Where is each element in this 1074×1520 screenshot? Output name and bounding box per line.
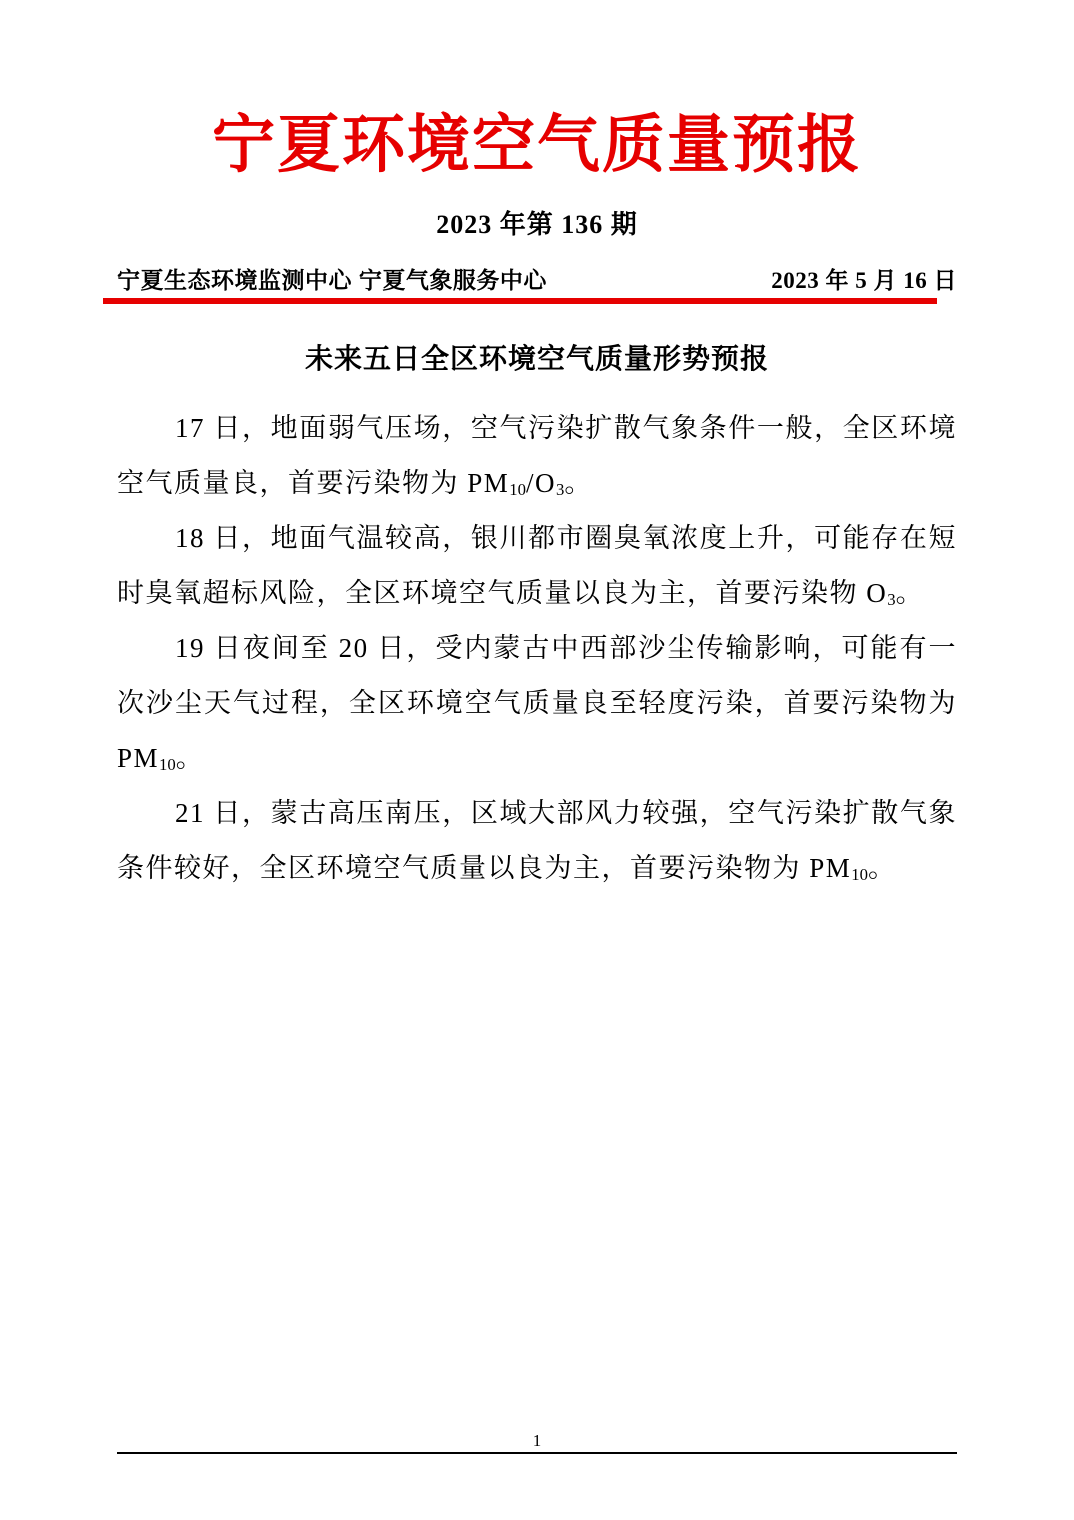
page-number: 1 bbox=[0, 1430, 1074, 1452]
paragraph-day-19-20: 19 日夜间至 20 日，受内蒙古中西部沙尘传输影响，可能有一次沙尘天气过程，全… bbox=[117, 621, 957, 786]
document-content: 宁夏环境空气质量预报 2023 年第 136 期 宁夏生态环境监测中心 宁夏气象… bbox=[0, 0, 1074, 896]
forecast-body: 17 日，地面弱气压场，空气污染扩散气象条件一般，全区环境空气质量良，首要污染物… bbox=[117, 401, 957, 896]
section-heading: 未来五日全区环境空气质量形势预报 bbox=[117, 337, 957, 377]
pollutant-subscript: 10 bbox=[509, 480, 526, 499]
paragraph-day-17: 17 日，地面弱气压场，空气污染扩散气象条件一般，全区环境空气质量良，首要污染物… bbox=[117, 401, 957, 511]
paragraph-text: 。 bbox=[176, 743, 205, 773]
pollutant-subscript: 10 bbox=[851, 865, 868, 884]
paragraph-text: 。 bbox=[868, 853, 897, 883]
pollutant-subscript: 10 bbox=[159, 755, 176, 774]
paragraph-text: 19 日夜间至 20 日，受内蒙古中西部沙尘传输影响，可能有一次沙尘天气过程，全… bbox=[117, 633, 957, 773]
paragraph-text: 21 日，蒙古高压南压，区域大部风力较强，空气污染扩散气象条件较好，全区环境空气… bbox=[117, 798, 957, 883]
issue-number: 2023 年第 136 期 bbox=[117, 204, 957, 241]
paragraph-day-18: 18 日，地面气温较高，银川都市圈臭氧浓度上升，可能存在短时臭氧超标风险，全区环… bbox=[117, 511, 957, 621]
masthead-row: 宁夏生态环境监测中心 宁夏气象服务中心 2023 年 5 月 16 日 bbox=[117, 265, 957, 296]
issuing-agencies: 宁夏生态环境监测中心 宁夏气象服务中心 bbox=[117, 265, 547, 295]
paragraph-text: 。 bbox=[564, 468, 593, 498]
footer-rule bbox=[117, 1452, 957, 1454]
paragraph-text: 18 日，地面气温较高，银川都市圈臭氧浓度上升，可能存在短时臭氧超标风险，全区环… bbox=[117, 523, 957, 608]
paragraph-text: /O bbox=[526, 468, 556, 498]
pollutant-subscript: 3 bbox=[887, 590, 895, 609]
paragraph-text: 。 bbox=[896, 578, 925, 608]
paragraph-day-21: 21 日，蒙古高压南压，区域大部风力较强，空气污染扩散气象条件较好，全区环境空气… bbox=[117, 786, 957, 896]
issue-date: 2023 年 5 月 16 日 bbox=[771, 266, 957, 296]
document-page: 宁夏环境空气质量预报 2023 年第 136 期 宁夏生态环境监测中心 宁夏气象… bbox=[0, 0, 1074, 1520]
document-title: 宁夏环境空气质量预报 bbox=[117, 108, 957, 182]
red-divider-rule bbox=[103, 298, 937, 304]
